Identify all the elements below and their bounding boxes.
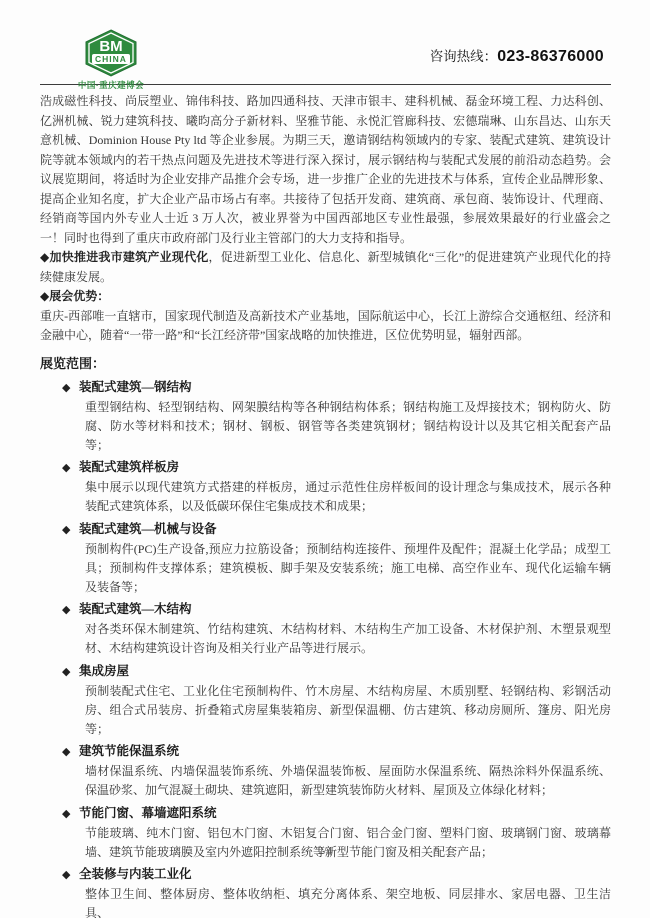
section-body: 对各类环保木制建筑、竹结构建筑、木结构材料、木结构生产加工设备、木材保护剂、木塑… [85, 620, 611, 658]
section-body: 预制构件(PC)生产设备,预应力拉筋设备；预制结构连接件、预埋件及配件；混凝土化… [85, 540, 611, 597]
document-body: 浩成磁性科技、尚辰塑业、锦伟科技、路加四通科技、天津市银丰、建科机械、磊金环境工… [40, 85, 611, 918]
hotline: 咨询热线：023-86376000 [430, 45, 604, 66]
section-heading: ◆节能门窗、幕墙遮阳系统 [40, 804, 611, 824]
section-title: 集成房屋 [79, 664, 129, 678]
scope-section-model-house: ◆装配式建筑样板房 集中展示以现代建筑方式搭建的样板房，通过示范性住房样板间的设… [40, 458, 611, 516]
section-body: 集中展示以现代建筑方式搭建的样板房，通过示范性住房样板间的设计理念与集成技术，展… [85, 478, 611, 516]
section-body: 墙材保温系统、内墙保温装饰系统、外墙保温装饰板、屋面防水保温系统、隔热涂料外保温… [85, 762, 611, 800]
scope-section-full-decoration: ◆全装修与内装工业化 整体卫生间、整体厨房、整体收纳柜、填充分离体系、架空地板、… [40, 865, 611, 918]
section-title: 节能门窗、幕墙遮阳系统 [79, 806, 217, 820]
scope-section-steel-structure: ◆装配式建筑—钢结构 重型钢结构、轻型钢结构、网架膜结构等各种钢结构体系；钢结构… [40, 378, 611, 455]
modernization-paragraph: ◆加快推进我市建筑产业现代化，促进新型工业化、信息化、新型城镇化“三化”的促进建… [40, 248, 611, 287]
section-body: 整体卫生间、整体厨房、整体收纳柜、填充分离体系、架空地板、同层排水、家居电器、卫… [85, 885, 611, 918]
section-heading: ◆装配式建筑—机械与设备 [40, 520, 611, 540]
scope-section-machinery-equipment: ◆装配式建筑—机械与设备 预制构件(PC)生产设备,预应力拉筋设备；预制结构连接… [40, 520, 611, 597]
advantage-body: 重庆-西部唯一直辖市，国家现代制造及高新技术产业基地，国际航运中心，长江上游综合… [40, 307, 611, 346]
section-heading: ◆装配式建筑样板房 [40, 458, 611, 478]
section-title: 装配式建筑—钢结构 [79, 380, 192, 394]
section-heading: ◆建筑节能保温系统 [40, 742, 611, 762]
page-header: BM CHINA 中国·重庆建博会 咨询热线：023-86376000 [40, 0, 611, 85]
logo-bm-text: BM [99, 38, 122, 55]
scope-section-integrated-housing: ◆集成房屋 预制装配式住宅、工业化住宅预制构件、竹木房屋、木结构房屋、木质别墅、… [40, 662, 611, 739]
scope-section-timber-structure: ◆装配式建筑—木结构 对各类环保木制建筑、竹结构建筑、木结构材料、木结构生产加工… [40, 600, 611, 658]
section-title: 装配式建筑样板房 [79, 460, 179, 474]
scope-section-insulation-system: ◆建筑节能保温系统 墙材保温系统、内墙保温装饰系统、外墙保温装饰板、屋面防水保温… [40, 742, 611, 800]
diamond-bullet-icon: ◆ [62, 805, 79, 824]
intro-paragraph: 浩成磁性科技、尚辰塑业、锦伟科技、路加四通科技、天津市银丰、建科机械、磊金环境工… [40, 92, 611, 248]
expo-logo: BM CHINA 中国·重庆建博会 [60, 29, 162, 91]
logo-tagline: 中国·重庆建博会 [60, 79, 162, 91]
page-number: 2/4 [318, 845, 332, 857]
advantage-title: ◆展会优势： [40, 287, 611, 307]
diamond-bullet-icon: ◆ [62, 459, 79, 478]
section-heading: ◆集成房屋 [40, 662, 611, 682]
diamond-bullet-icon: ◆ [62, 521, 79, 540]
section-body: 预制装配式住宅、工业化住宅预制构件、竹木房屋、木结构房屋、木质别墅、轻钢结构、彩… [85, 682, 611, 739]
logo-china-text: CHINA [95, 54, 127, 64]
diamond-bullet-icon: ◆ [62, 663, 79, 682]
diamond-bullet-icon: ◆ [62, 743, 79, 762]
section-heading: ◆装配式建筑—木结构 [40, 600, 611, 620]
diamond-bullet-icon: ◆ [62, 601, 79, 620]
section-title: 全装修与内装工业化 [79, 867, 192, 881]
scope-title: 展览范围： [40, 354, 611, 373]
diamond-bullet-icon: ◆ [62, 379, 79, 398]
diamond-bullet-icon: ◆ [62, 866, 79, 885]
page-footer: 2/4 [0, 845, 650, 857]
hotline-label: 咨询热线： [430, 49, 498, 64]
modernization-bold-text: ◆加快推进我市建筑产业现代化 [40, 250, 209, 264]
hexagon-logo-icon: BM CHINA [85, 29, 137, 77]
document-page: BM CHINA 中国·重庆建博会 咨询热线：023-86376000 浩成磁性… [0, 0, 650, 918]
section-title: 装配式建筑—木结构 [79, 602, 192, 616]
hotline-number: 023-86376000 [497, 48, 604, 65]
section-heading: ◆全装修与内装工业化 [40, 865, 611, 885]
section-title: 装配式建筑—机械与设备 [79, 522, 217, 536]
section-title: 建筑节能保温系统 [79, 744, 179, 758]
section-heading: ◆装配式建筑—钢结构 [40, 378, 611, 398]
section-body: 重型钢结构、轻型钢结构、网架膜结构等各种钢结构体系；钢结构施工及焊接技术；钢构防… [85, 398, 611, 455]
